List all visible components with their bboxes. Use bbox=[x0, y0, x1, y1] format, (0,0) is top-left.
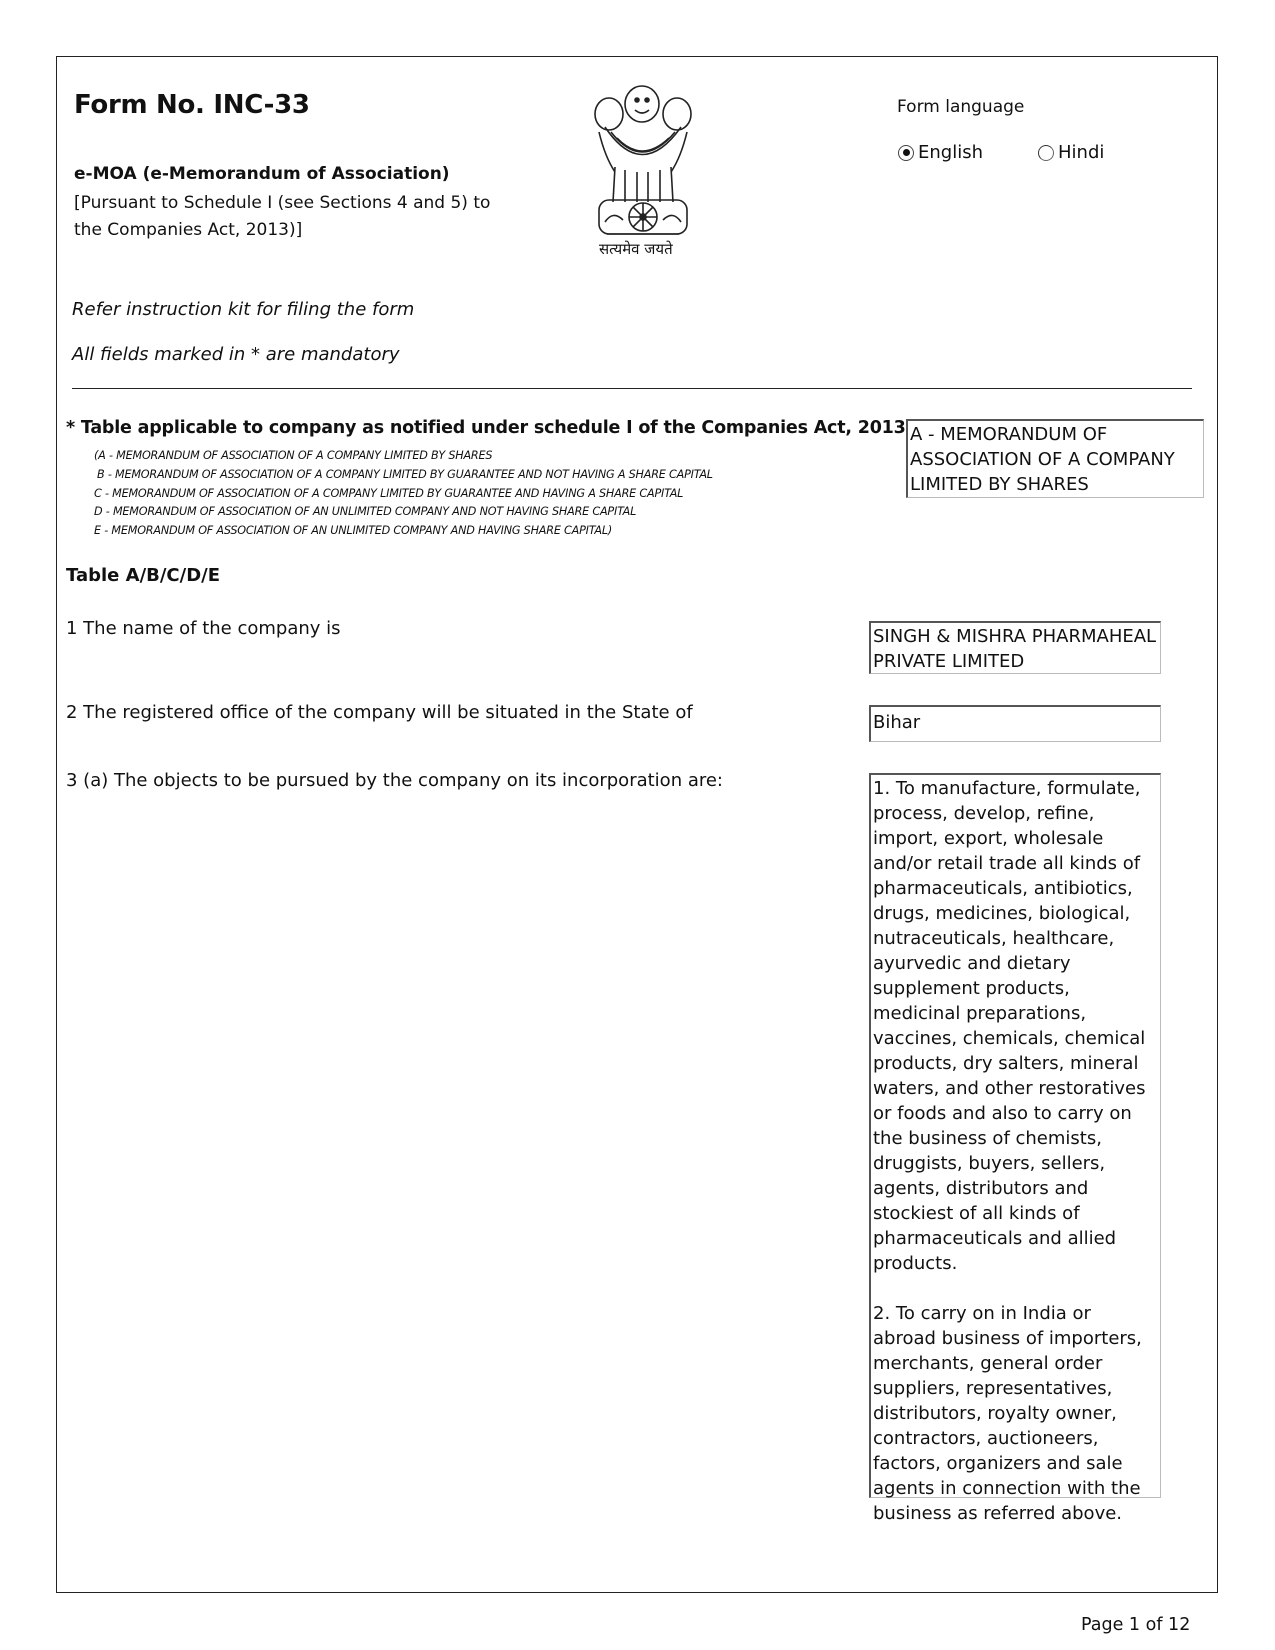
section-heading: Table A/B/C/D/E bbox=[66, 565, 220, 586]
language-english-label: English bbox=[918, 142, 983, 163]
form-subtitle: e-MOA (e-Memorandum of Association) bbox=[74, 164, 450, 184]
table-option: E - MEMORANDUM OF ASSOCIATION OF AN UNLI… bbox=[94, 522, 713, 541]
form-language-label: Form language bbox=[897, 97, 1024, 117]
table-applicable-heading: * Table applicable to company as notifie… bbox=[66, 418, 906, 438]
table-option: C - MEMORANDUM OF ASSOCIATION OF A COMPA… bbox=[94, 485, 713, 504]
form-pursuant-note: [Pursuant to Schedule I (see Sections 4 … bbox=[74, 190, 514, 244]
table-options-list: (A - MEMORANDUM OF ASSOCIATION OF A COMP… bbox=[94, 447, 713, 541]
emblem-motto: सत्यमेव जयते bbox=[599, 239, 673, 259]
language-hindi-label: Hindi bbox=[1058, 142, 1104, 163]
table-selection-field[interactable]: A - MEMORANDUM OF ASSOCIATION OF A COMPA… bbox=[906, 419, 1204, 498]
instruction-note: Refer instruction kit for filing the for… bbox=[72, 299, 414, 320]
radio-unselected-icon[interactable] bbox=[1038, 145, 1054, 161]
mandatory-note: All fields marked in * are mandatory bbox=[72, 344, 400, 365]
registered-office-label: 2 The registered office of the company w… bbox=[66, 702, 693, 723]
language-option-hindi[interactable]: Hindi bbox=[1038, 142, 1104, 163]
language-option-english[interactable]: English bbox=[898, 142, 983, 163]
company-name-field[interactable]: SINGH & MISHRA PHARMAHEAL PRIVATE LIMITE… bbox=[869, 621, 1161, 674]
table-option: B - MEMORANDUM OF ASSOCIATION OF A COMPA… bbox=[94, 466, 713, 485]
table-option: (A - MEMORANDUM OF ASSOCIATION OF A COMP… bbox=[94, 447, 713, 466]
objects-label: 3 (a) The objects to be pursued by the c… bbox=[66, 770, 723, 791]
radio-selected-icon[interactable] bbox=[898, 145, 914, 161]
national-emblem-icon: सत्यमेव जयते bbox=[585, 72, 700, 267]
page-number: Page 1 of 12 bbox=[1081, 1615, 1190, 1635]
company-name-label: 1 The name of the company is bbox=[66, 618, 341, 639]
objects-field[interactable]: 1. To manufacture, formulate, process, d… bbox=[869, 773, 1161, 1498]
form-title: Form No. INC-33 bbox=[74, 90, 310, 120]
registered-state-field[interactable]: Bihar bbox=[869, 705, 1161, 742]
table-option: D - MEMORANDUM OF ASSOCIATION OF AN UNLI… bbox=[94, 503, 713, 522]
divider bbox=[72, 388, 1192, 389]
